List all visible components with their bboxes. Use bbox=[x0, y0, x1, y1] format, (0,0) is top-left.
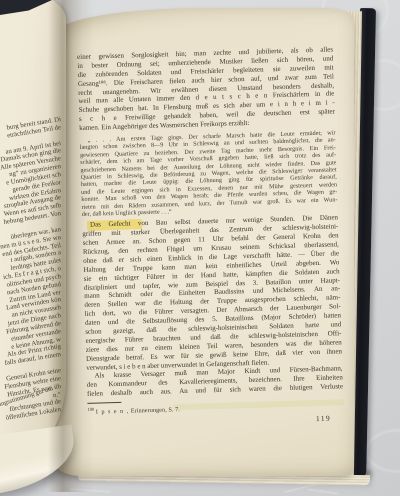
footnote-rule bbox=[87, 402, 121, 404]
table-texture-ring bbox=[366, 430, 400, 472]
yellow-highlight-mark bbox=[87, 219, 142, 231]
footnote-marker: 188 bbox=[87, 406, 94, 411]
right-page: einer gewissen Sorglosigkeit hin; man ze… bbox=[56, 8, 354, 476]
left-page: burg bereit stand. Dieträchtlichen Teil … bbox=[0, 0, 66, 468]
table-scratch bbox=[70, 489, 110, 493]
block-quote: „ . . . Am ersten Tage gings. Der scharf… bbox=[79, 129, 337, 218]
paragraph-gefecht-von-bau: Das Gefecht von Bau selbst dauerte nur w… bbox=[82, 214, 342, 373]
book-photo-scene: einer gewissen Sorglosigkeit hin; man ze… bbox=[0, 0, 400, 496]
left-page-text-fragments: burg bereit stand. Dieträchtlichen Teil … bbox=[0, 116, 61, 414]
page-number: 119 bbox=[316, 414, 331, 423]
footnote-text: Erinnerungen, S. 7. bbox=[129, 407, 180, 415]
paragraph-continuation: einer gewissen Sorglosigkeit hin; man ze… bbox=[77, 45, 335, 133]
footnote-author: I p s e n , bbox=[96, 408, 130, 415]
right-page-text-block: einer gewissen Sorglosigkeit hin; man ze… bbox=[77, 45, 344, 415]
